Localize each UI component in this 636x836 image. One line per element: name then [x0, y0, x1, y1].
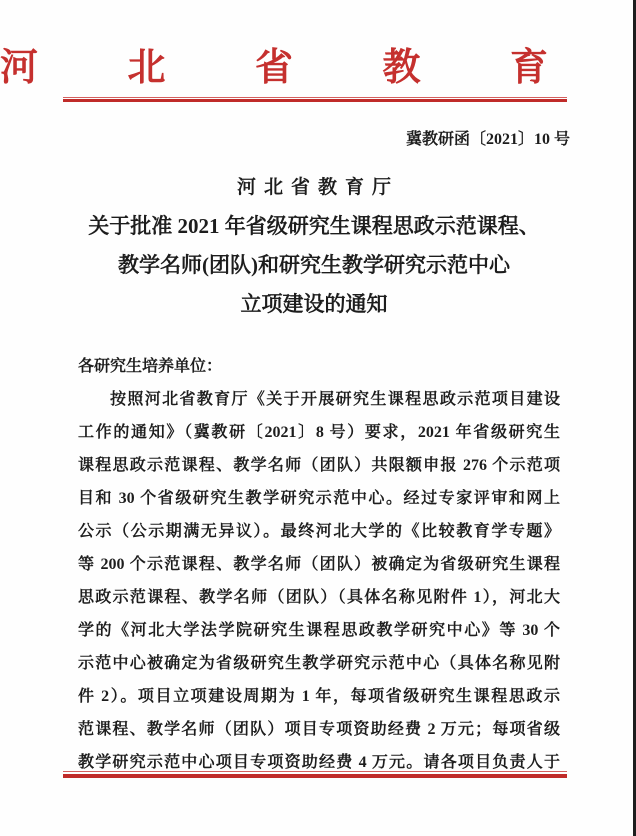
body-line: 按照河北省教育厅《关于开展研究生课程思政示范项目建设	[78, 383, 560, 416]
page-bottom-rule-thin-line	[63, 771, 567, 772]
title-line-subject-3: 立项建设的通知	[0, 285, 628, 324]
body-line: 课程思政示范课程、教学名师（团队）共限额申报 276 个示范项	[78, 449, 560, 482]
letterhead-org-name-text: 河 北 省 教 育 厅	[0, 36, 636, 91]
body-line: 工作的通知》（冀教研〔2021〕8 号）要求，2021 年省级研究生	[78, 416, 560, 449]
body-line: 思政示范课程、教学名师（团队）（具体名称见附件 1），河北大	[78, 581, 560, 614]
body-line: 学的《河北大学法学院研究生课程思政教学研究中心》等 30 个	[78, 614, 560, 647]
title-line-subject-2: 教学名师(团队)和研究生教学研究示范中心	[0, 246, 628, 285]
body-line: 等 200 个示范课程、教学名师（团队）被确定为省级研究生课程	[78, 548, 560, 581]
document-body: 各研究生培养单位： 按照河北省教育厅《关于开展研究生课程思政示范项目建设 工作的…	[78, 350, 560, 779]
letterhead-rule	[63, 97, 567, 102]
document-number: 冀教研函〔2021〕10 号	[406, 126, 570, 149]
page-bottom-rule-thick-line	[63, 774, 567, 778]
salutation: 各研究生培养单位：	[78, 350, 560, 383]
body-line: 目和 30 个省级研究生教学研究示范中心。经过专家评审和网上	[78, 482, 560, 515]
page-bottom-rule	[63, 771, 567, 778]
document-page: 河 北 省 教 育 厅 冀教研函〔2021〕10 号 河北省教育厅 关于批准 2…	[0, 0, 636, 836]
body-line: 公示（公示期满无异议）。最终河北大学的《比较教育学专题》	[78, 515, 560, 548]
body-line: 示范中心被确定为省级研究生教学研究示范中心（具体名称见附	[78, 647, 560, 680]
letterhead-rule-thick-line	[63, 99, 567, 102]
title-line-subject-1: 关于批准 2021 年省级研究生课程思政示范课程、	[0, 207, 628, 246]
title-line-org: 河北省教育厅	[0, 168, 636, 207]
letterhead-rule-thin-line	[63, 97, 567, 98]
letterhead-org-name: 河 北 省 教 育 厅	[0, 36, 628, 91]
body-line: 范课程、教学名师（团队）项目专项资助经费 2 万元；每项省级	[78, 713, 560, 746]
body-line: 件 2）。项目立项建设周期为 1 年，每项省级研究生课程思政示	[78, 680, 560, 713]
document-title: 河北省教育厅 关于批准 2021 年省级研究生课程思政示范课程、 教学名师(团队…	[0, 168, 628, 324]
